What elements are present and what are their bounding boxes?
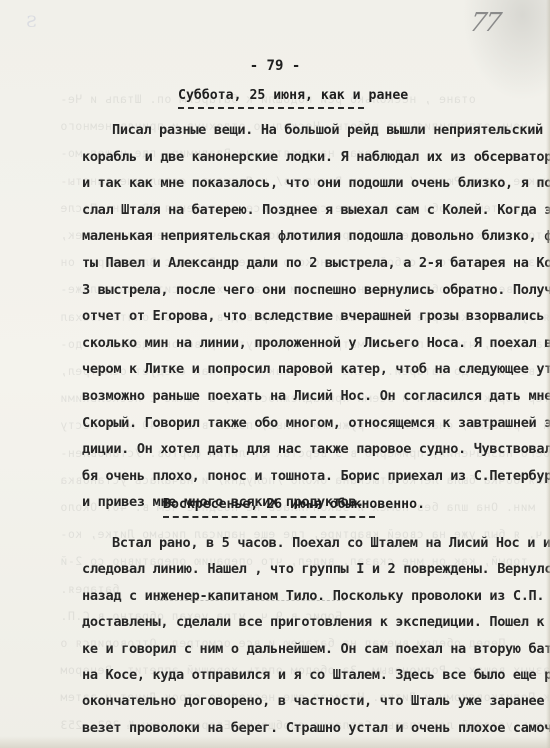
text-line: назад с инженер-капитаном Тило. Поскольк… xyxy=(82,588,544,604)
text-line: ке и говорил с ним о дальнейшем. Он сам … xyxy=(82,641,550,657)
text-line: диции. Он хотел дать для нас также паров… xyxy=(82,441,550,457)
text-line: Скорый. Говорил также обо многом, относя… xyxy=(82,415,550,431)
section-heading: Суббота, 25 июня, как и ранее xyxy=(178,88,408,103)
text-line: ты Павел и Александр дали по 2 выстрела,… xyxy=(82,255,550,271)
text-line: доставлены, сделали все приготовления к … xyxy=(82,614,550,630)
bleed-through-mark: S xyxy=(26,12,37,31)
text-line: и так как мне показалось, что они подошл… xyxy=(82,175,550,191)
text-line: Встал рано, в 5 часов. Поехал со Шталем … xyxy=(112,535,550,551)
document-page: S 77 отане , несколько рей подошли к бат… xyxy=(0,0,550,748)
text-line: окончательно договорено, в частности, чт… xyxy=(82,693,550,709)
text-line: маленькая неприятельская флотилия подошл… xyxy=(82,228,550,244)
page-number: - 79 - xyxy=(0,58,550,74)
text-line: отчет от Егорова, что вследствие вчерашн… xyxy=(82,308,550,324)
bleed-through-underline xyxy=(155,600,345,601)
text-line: бя очень плохо, понос и тошнота. Борис п… xyxy=(82,468,550,484)
page-bottom-shadow xyxy=(0,736,550,748)
text-line: Писал разные вещи. На большой рейд вышли… xyxy=(112,122,543,138)
section-heading: Воскресенье, 26 июня обыкновенно. xyxy=(163,497,425,512)
text-line: на Косе, куда отправился и я со Шталем. … xyxy=(82,667,550,683)
heading-underline xyxy=(178,107,364,109)
text-line: чером к Литке и попросил паровой катер, … xyxy=(82,361,550,377)
heading-underline xyxy=(163,516,375,518)
archive-folio-number: 77 xyxy=(467,8,501,38)
text-line: возможно раньше поехать на Лисий Нос. Он… xyxy=(82,388,550,404)
text-line: сколько мин на линии, проложенной у Лись… xyxy=(82,335,550,351)
text-line: корабль и две канонерские лодки. Я наблю… xyxy=(82,149,550,165)
text-line: следовал линию. Нашел , что группы I и 2… xyxy=(82,561,550,577)
text-line: везет проволоки на берег. Страшно устал … xyxy=(82,720,550,736)
text-line: слал Шталя на батерею. Позднее я выехал … xyxy=(82,202,550,218)
text-line: 3 выстрела, после чего они поспешно верн… xyxy=(82,282,550,298)
page-edge-shadow xyxy=(546,0,550,748)
